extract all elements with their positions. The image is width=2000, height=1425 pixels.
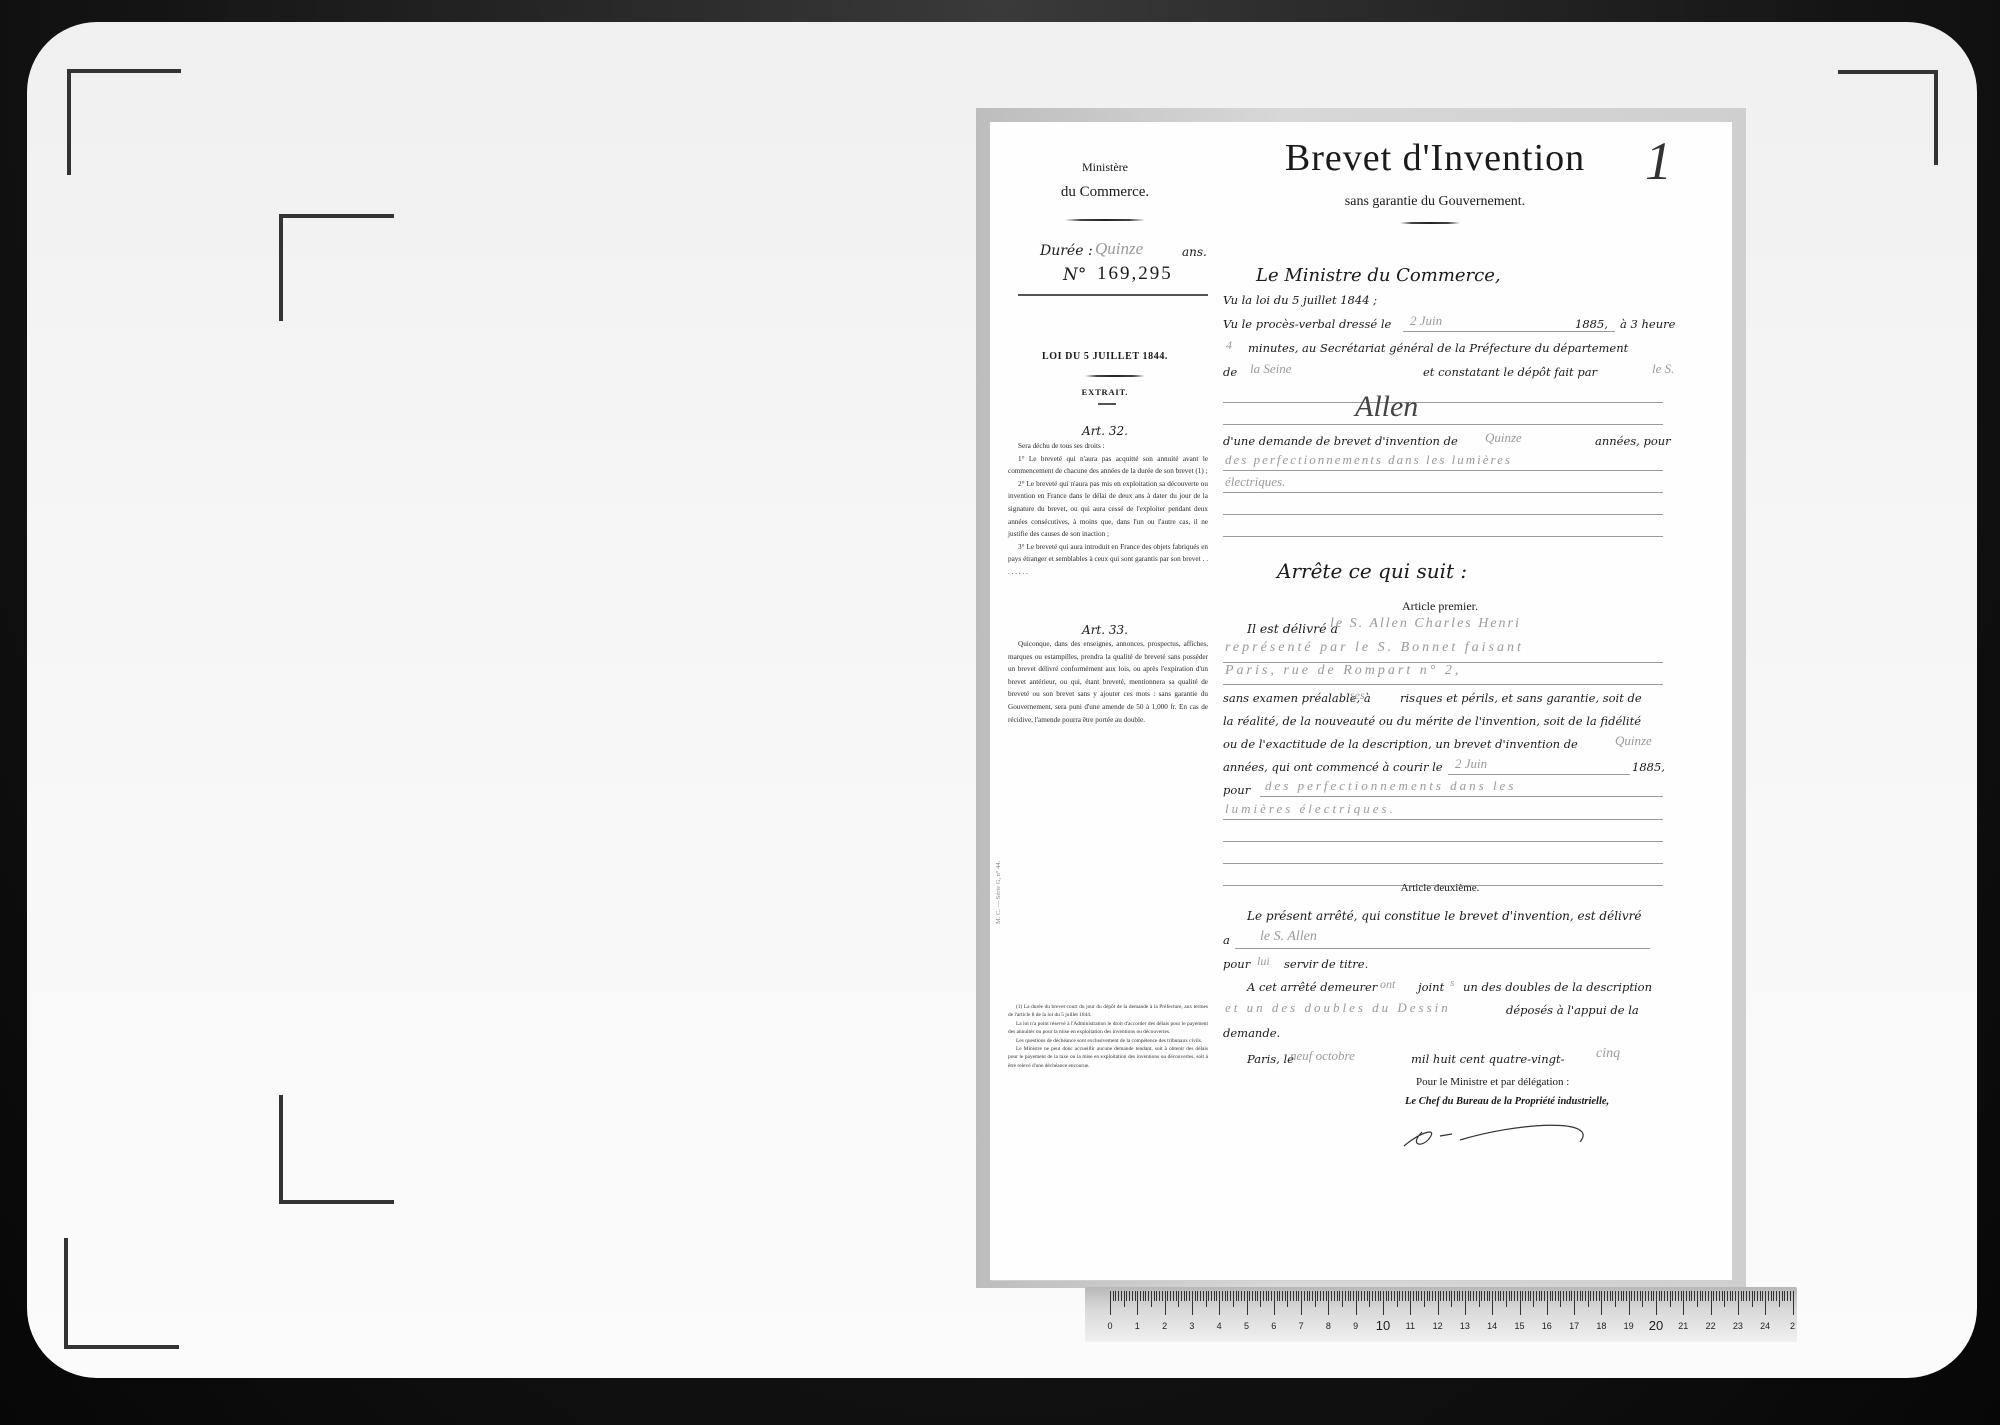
fill-line: [1223, 536, 1663, 537]
fill-line: [1223, 492, 1663, 493]
ruler-tick: [1517, 1291, 1518, 1301]
art32-text: Sera déchu de tous ses droits : 1° Le br…: [1008, 440, 1208, 579]
ruler-tick: [1612, 1291, 1613, 1301]
ruler-tick: [1151, 1291, 1152, 1307]
ruler-tick: [1165, 1291, 1166, 1315]
ruler-tick: [1675, 1291, 1676, 1301]
ruler-tick: [1694, 1291, 1695, 1301]
ruler-tick: [1356, 1291, 1357, 1315]
sans-examen-suffix: risques et périls, et sans garantie, soi…: [1400, 691, 1642, 705]
ruler-tick: [1681, 1291, 1682, 1301]
ruler-tick: [1503, 1291, 1504, 1301]
ruler-tick: [1601, 1291, 1602, 1315]
ruler-tick: [1555, 1291, 1556, 1301]
ruler-tick: [1765, 1291, 1766, 1315]
ruler-tick: [1473, 1291, 1474, 1301]
annees-year: 1885,: [1632, 760, 1665, 774]
ruler-tick: [1241, 1291, 1242, 1301]
ruler-tick: [1260, 1291, 1261, 1307]
ruler-tick: [1178, 1291, 1179, 1307]
pour-line2: lumières électriques.: [1225, 801, 1396, 817]
ruler-tick: [1514, 1291, 1515, 1301]
ruler-label: 4: [1217, 1321, 1222, 1331]
ruler-tick: [1610, 1291, 1611, 1301]
art33-text: Quiconque, dans des enseignes, annonces,…: [1008, 638, 1208, 726]
ruler-tick: [1768, 1291, 1769, 1301]
ruler-label: 19: [1624, 1321, 1634, 1331]
ruler-tick: [1137, 1291, 1138, 1315]
ruler-tick: [1539, 1291, 1540, 1301]
ruler-tick: [1541, 1291, 1542, 1301]
depot-by: le S.: [1652, 361, 1674, 377]
ruler-tick: [1787, 1291, 1788, 1301]
invention-line1: des perfectionnements dans les lumières: [1225, 452, 1512, 468]
minutes-value: 4: [1226, 338, 1232, 353]
law-title: LOI DU 5 JUILLET 1844.: [990, 351, 1220, 362]
measuring-ruler: 0123456789101112131415161718192021222324…: [1085, 1287, 1797, 1342]
ruler-tick: [1312, 1291, 1313, 1301]
ruler-tick: [1686, 1291, 1687, 1301]
servir-value: lui: [1257, 954, 1270, 969]
ruler-tick: [1757, 1291, 1758, 1301]
law-ornament: [1085, 375, 1145, 377]
ruler-tick: [1711, 1291, 1712, 1315]
ruler-label: 0: [1107, 1321, 1112, 1331]
ruler-tick: [1206, 1291, 1207, 1307]
ruler-tick: [1361, 1291, 1362, 1301]
patent-document: Ministère du Commerce. Durée : Quinze an…: [990, 122, 1732, 1280]
sans-examen-prefix: sans examen préalable, à: [1223, 691, 1371, 705]
ruler-tick: [1672, 1291, 1673, 1301]
ruler-tick: [1367, 1291, 1368, 1301]
ruler-tick: [1233, 1291, 1234, 1307]
ruler-tick: [1443, 1291, 1444, 1301]
crop-mark-bottom-left: [64, 1238, 179, 1349]
ruler-label: 1: [1135, 1321, 1140, 1331]
applicant-name: Allen: [1355, 390, 1418, 424]
ruler-tick: [1176, 1291, 1177, 1301]
ruler-tick: [1683, 1291, 1684, 1315]
ruler-tick: [1722, 1291, 1723, 1301]
annees-date: 2 Juin: [1455, 756, 1487, 772]
ruler-tick: [1454, 1291, 1455, 1301]
delivre2-prefix: a: [1223, 933, 1230, 947]
ruler-tick: [1724, 1291, 1725, 1307]
ruler-tick: [1323, 1291, 1324, 1301]
ruler-tick: [1304, 1291, 1305, 1301]
ruler-tick: [1569, 1291, 1570, 1301]
ruler-tick: [1418, 1291, 1419, 1301]
ruler-tick: [1705, 1291, 1706, 1301]
crop-mark-inner-top-left: [279, 214, 394, 321]
signature: [1400, 1112, 1620, 1152]
ruler-tick: [1110, 1291, 1111, 1315]
ruler-tick: [1741, 1291, 1742, 1301]
pour-ministre: Pour le Ministre et par délégation :: [1416, 1076, 1569, 1088]
delivre-line1: le S. Allen Charles Henri: [1330, 616, 1521, 632]
ruler-tick: [1192, 1291, 1193, 1315]
fill-line: [1223, 863, 1663, 864]
ruler-tick: [1266, 1291, 1267, 1301]
ruler-tick: [1489, 1291, 1490, 1301]
ruler-tick: [1375, 1291, 1376, 1301]
art32-para: 3° Le breveté qui aura introduit en Fran…: [1008, 541, 1208, 579]
ruler-tick: [1536, 1291, 1537, 1301]
ruler-tick: [1599, 1291, 1600, 1301]
ruler-label: 20: [1649, 1318, 1663, 1333]
doubles-value: et un des doubles du Dessin: [1225, 1000, 1451, 1016]
ruler-tick: [1257, 1291, 1258, 1301]
footnote: La loi n'a point réservé à l'Administrat…: [1008, 1020, 1208, 1037]
ruler-tick: [1498, 1291, 1499, 1301]
ruler-tick: [1522, 1291, 1523, 1301]
fill-line: [1235, 948, 1650, 949]
right-column: Brevet d'Invention 1 sans garantie du Go…: [1220, 122, 1732, 1280]
ruler-tick: [1457, 1291, 1458, 1301]
ruler-tick: [1148, 1291, 1149, 1301]
ruler-tick: [1126, 1291, 1127, 1301]
ruler-tick: [1358, 1291, 1359, 1301]
ruler-tick: [1170, 1291, 1171, 1301]
ruler-tick: [1571, 1291, 1572, 1301]
ruler-tick: [1667, 1291, 1668, 1301]
delivre-line3: Paris, rue de Rompart n° 2,: [1225, 663, 1461, 679]
vu-proces-year: 1885,: [1575, 317, 1608, 331]
ruler-tick: [1298, 1291, 1299, 1301]
fill-line: [1448, 774, 1630, 775]
ruler-tick: [1326, 1291, 1327, 1301]
ruler-label: 14: [1487, 1321, 1497, 1331]
ruler-tick: [1293, 1291, 1294, 1301]
ruler-tick: [1143, 1291, 1144, 1301]
ruler-tick: [1618, 1291, 1619, 1301]
ruler-tick: [1208, 1291, 1209, 1301]
ruler-tick: [1577, 1291, 1578, 1301]
folio-number: 1: [1645, 130, 1672, 192]
ruler-tick: [1528, 1291, 1529, 1301]
ruler-tick: [1509, 1291, 1510, 1301]
delivre-prefix: Il est délivré a: [1247, 621, 1338, 636]
ruler-tick: [1339, 1291, 1340, 1301]
ruler-tick: [1653, 1291, 1654, 1301]
ruler-label: 16: [1542, 1321, 1552, 1331]
ruler-tick: [1470, 1291, 1471, 1301]
ruler-tick: [1743, 1291, 1744, 1301]
ruler-tick: [1713, 1291, 1714, 1301]
ruler-tick: [1749, 1291, 1750, 1301]
ruler-tick: [1197, 1291, 1198, 1301]
ruler-tick: [1607, 1291, 1608, 1301]
ruler-tick: [1255, 1291, 1256, 1301]
ruler-tick: [1700, 1291, 1701, 1301]
ruler-tick: [1550, 1291, 1551, 1301]
delivre2-value: le S. Allen: [1260, 929, 1317, 945]
title-ornament: [1400, 222, 1460, 224]
paris-year-value: cinq: [1596, 1046, 1620, 1062]
ruler-tick: [1285, 1291, 1286, 1301]
footnote: Les questions de déchéance sont exclusiv…: [1008, 1037, 1208, 1045]
ruler-tick: [1413, 1291, 1414, 1301]
ruler-label: 17: [1569, 1321, 1579, 1331]
ruler-tick: [1776, 1291, 1777, 1301]
ruler-tick: [1563, 1291, 1564, 1301]
duration-label: Durée :: [1040, 243, 1093, 259]
ruler-tick: [1162, 1291, 1163, 1301]
ruler-tick: [1481, 1291, 1482, 1301]
deposes-text: déposés à l'appui de la: [1506, 1003, 1639, 1017]
ruler-tick: [1277, 1291, 1278, 1301]
ruler-tick: [1642, 1291, 1643, 1307]
ruler-tick: [1249, 1291, 1250, 1301]
depot-text: et constatant le dépôt fait par: [1423, 365, 1597, 379]
ruler-tick: [1773, 1291, 1774, 1301]
art33-heading: Art. 33.: [990, 623, 1220, 637]
ruler-tick: [1716, 1291, 1717, 1301]
ruler-tick: [1225, 1291, 1226, 1301]
ruler-tick: [1342, 1291, 1343, 1307]
ruler-tick: [1408, 1291, 1409, 1301]
ruler-tick: [1634, 1291, 1635, 1301]
paris-date: neuf octobre: [1290, 1048, 1355, 1064]
ruler-tick: [1732, 1291, 1733, 1301]
ruler-tick: [1446, 1291, 1447, 1301]
footnote: Le Ministre ne peut donc accueillir aucu…: [1008, 1045, 1208, 1070]
document-subtitle: sans garantie du Gouvernement.: [1220, 194, 1650, 210]
ruler-tick: [1451, 1291, 1452, 1307]
ruler-tick: [1200, 1291, 1201, 1301]
ruler-tick: [1580, 1291, 1581, 1301]
ruler-tick: [1547, 1291, 1548, 1315]
ruler-tick: [1664, 1291, 1665, 1301]
ruler-tick: [1214, 1291, 1215, 1301]
dept-value: la Seine: [1250, 361, 1292, 377]
ruler-tick: [1173, 1291, 1174, 1301]
ruler-tick: [1752, 1291, 1753, 1307]
ruler-tick: [1287, 1291, 1288, 1307]
ruler-tick: [1386, 1291, 1387, 1301]
extract-rule: [1098, 403, 1116, 405]
ruler-tick: [1691, 1291, 1692, 1301]
ruler-tick: [1525, 1291, 1526, 1301]
ruler-label: 21: [1678, 1321, 1688, 1331]
ruler-tick: [1459, 1291, 1460, 1301]
ruler-label: 23: [1733, 1321, 1743, 1331]
minutes-text: minutes, au Secrétariat général de la Pr…: [1248, 341, 1628, 355]
crop-mark-top-left: [67, 69, 181, 175]
ruler-tick: [1719, 1291, 1720, 1301]
ruler-tick: [1533, 1291, 1534, 1307]
ruler-tick: [1378, 1291, 1379, 1301]
ruler-tick: [1328, 1291, 1329, 1315]
ruler-tick: [1154, 1291, 1155, 1301]
ruler-tick: [1416, 1291, 1417, 1301]
ruler-tick: [1369, 1291, 1370, 1307]
ruler-tick: [1689, 1291, 1690, 1301]
ruler-tick: [1121, 1291, 1122, 1301]
fill-line: [1223, 841, 1663, 842]
ruler-tick: [1140, 1291, 1141, 1301]
patent-number: 169,295: [1097, 263, 1173, 285]
ruler-tick: [1631, 1291, 1632, 1301]
ruler-tick: [1506, 1291, 1507, 1307]
vu-proces-date: 2 Juin: [1410, 313, 1442, 329]
document-title: Brevet d'Invention: [1220, 136, 1650, 180]
crop-mark-inner-bottom-left: [279, 1095, 394, 1204]
footnotes: (1) La durée du brevet court du jour du …: [1008, 1003, 1208, 1070]
ruler-tick: [1397, 1291, 1398, 1307]
ruler-tick: [1353, 1291, 1354, 1301]
ruler-tick: [1738, 1291, 1739, 1315]
ruler-tick: [1410, 1291, 1411, 1315]
ruler-tick: [1476, 1291, 1477, 1301]
ruler-label: 13: [1460, 1321, 1470, 1331]
ruler-tick: [1727, 1291, 1728, 1301]
demande-word: demande.: [1223, 1026, 1280, 1040]
ruler-tick: [1779, 1291, 1780, 1307]
minister-heading: Le Ministre du Commerce,: [1256, 265, 1501, 286]
ruler-tick: [1697, 1291, 1698, 1307]
ruler-tick: [1479, 1291, 1480, 1307]
ruler-tick: [1402, 1291, 1403, 1301]
ruler-tick: [1132, 1291, 1133, 1301]
ruler-tick: [1391, 1291, 1392, 1301]
ruler-tick: [1268, 1291, 1269, 1301]
ruler-tick: [1574, 1291, 1575, 1315]
ruler-tick: [1590, 1291, 1591, 1301]
ruler-tick: [1520, 1291, 1521, 1315]
ruler-tick: [1735, 1291, 1736, 1301]
ruler-tick: [1487, 1291, 1488, 1301]
left-column: Ministère du Commerce. Durée : Quinze an…: [990, 122, 1220, 1280]
vu-loi: Vu la loi du 5 juillet 1844 ;: [1223, 293, 1377, 307]
ruler-tick: [1670, 1291, 1671, 1307]
fill-line: [1223, 402, 1663, 403]
art32-heading: Art. 32.: [990, 424, 1220, 438]
ruler-tick: [1186, 1291, 1187, 1301]
ruler-tick: [1604, 1291, 1605, 1301]
ruler-tick: [1645, 1291, 1646, 1301]
ruler-tick: [1247, 1291, 1248, 1315]
ruler-tick: [1189, 1291, 1190, 1301]
art32-para: 2° Le breveté qui n'aura pas mis en expl…: [1008, 478, 1208, 541]
ruler-tick: [1500, 1291, 1501, 1301]
ruler-tick: [1405, 1291, 1406, 1301]
ruler-tick: [1167, 1291, 1168, 1301]
ruler-tick: [1771, 1291, 1772, 1301]
ruler-tick: [1184, 1291, 1185, 1301]
joint-value: s: [1450, 977, 1454, 989]
ruler-tick: [1558, 1291, 1559, 1301]
ruler-tick: [1282, 1291, 1283, 1301]
ruler-tick: [1790, 1291, 1791, 1301]
ruler-tick: [1244, 1291, 1245, 1301]
ruler-tick: [1345, 1291, 1346, 1301]
ruler-label: 6: [1271, 1321, 1276, 1331]
ruler-label: 18: [1596, 1321, 1606, 1331]
ruler-tick: [1462, 1291, 1463, 1301]
ruler-tick: [1271, 1291, 1272, 1301]
side-print-code: M. C. — Série G, n° 44.: [995, 861, 1002, 924]
ruler-label: 12: [1433, 1321, 1443, 1331]
fill-line: [1223, 819, 1663, 820]
ruler-tick: [1432, 1291, 1433, 1301]
ruler-label: 2: [1162, 1321, 1167, 1331]
ruler-tick: [1629, 1291, 1630, 1315]
ruler-tick: [1159, 1291, 1160, 1301]
ruler-tick: [1211, 1291, 1212, 1301]
ruler-tick: [1236, 1291, 1237, 1301]
ornament-divider: [1065, 219, 1145, 221]
ruler-tick: [1296, 1291, 1297, 1301]
demande-text: d'une demande de brevet d'invention de: [1223, 434, 1458, 448]
ruler-tick: [1118, 1291, 1119, 1301]
demeurer-value: ont: [1380, 977, 1395, 992]
ruler-tick: [1782, 1291, 1783, 1301]
annees-prefix: années, qui ont commencé à courir le: [1223, 760, 1443, 774]
ruler-tick: [1372, 1291, 1373, 1301]
ruler-tick: [1315, 1291, 1316, 1307]
ruler-tick: [1640, 1291, 1641, 1301]
doubles-text: un des doubles de la description: [1463, 980, 1652, 994]
ruler-tick: [1394, 1291, 1395, 1301]
ruler-tick: [1626, 1291, 1627, 1301]
ruler-tick: [1492, 1291, 1493, 1315]
ruler-tick: [1129, 1291, 1130, 1301]
sans-examen-value: ses: [1350, 688, 1365, 703]
ruler-tick: [1615, 1291, 1616, 1307]
ruler-tick: [1560, 1291, 1561, 1307]
ruler-tick: [1760, 1291, 1761, 1301]
art32-para: 1° Le breveté qui n'aura pas acquitté so…: [1008, 453, 1208, 478]
ruler-tick: [1424, 1291, 1425, 1307]
ruler-label: 15: [1514, 1321, 1524, 1331]
ruler-tick: [1754, 1291, 1755, 1301]
ruler-label: 5: [1244, 1321, 1249, 1331]
ruler-tick: [1219, 1291, 1220, 1315]
ruler-tick: [1156, 1291, 1157, 1301]
ruler-tick: [1762, 1291, 1763, 1301]
ruler-label: 9: [1353, 1321, 1358, 1331]
ruler-tick: [1435, 1291, 1436, 1301]
ruler-tick: [1566, 1291, 1567, 1301]
ruler-tick: [1227, 1291, 1228, 1301]
art33-para: Quiconque, dans des enseignes, annonces,…: [1008, 638, 1208, 726]
vu-proces-prefix: Vu le procès-verbal dressé le: [1223, 317, 1391, 331]
ruler-tick: [1331, 1291, 1332, 1301]
ruler-tick: [1350, 1291, 1351, 1301]
ruler-tick: [1320, 1291, 1321, 1301]
ruler-tick: [1388, 1291, 1389, 1301]
realite-line: la réalité, de la nouveauté ou du mérite…: [1223, 714, 1641, 728]
ruler-tick: [1582, 1291, 1583, 1301]
delivre-line2: représenté par le S. Bonnet faisant: [1225, 640, 1524, 656]
duration-unit: ans.: [1182, 245, 1207, 259]
number-prefix: N°: [1063, 265, 1086, 285]
pour-prefix: pour: [1223, 783, 1250, 797]
duration-value: Quinze: [1095, 239, 1143, 259]
ruler-tick: [1309, 1291, 1310, 1301]
demande-suffix: années, pour: [1595, 434, 1671, 448]
vu-proces-hour: à 3 heure: [1620, 317, 1675, 331]
exactitude-value: Quinze: [1615, 733, 1652, 749]
ruler-tick: [1651, 1291, 1652, 1301]
ruler-tick: [1623, 1291, 1624, 1301]
ruler-tick: [1115, 1291, 1116, 1301]
ruler-tick: [1421, 1291, 1422, 1301]
header-rule: [1018, 294, 1208, 296]
arrete-heading: Arrête ce qui suit :: [1277, 559, 1467, 583]
ruler-tick: [1181, 1291, 1182, 1301]
